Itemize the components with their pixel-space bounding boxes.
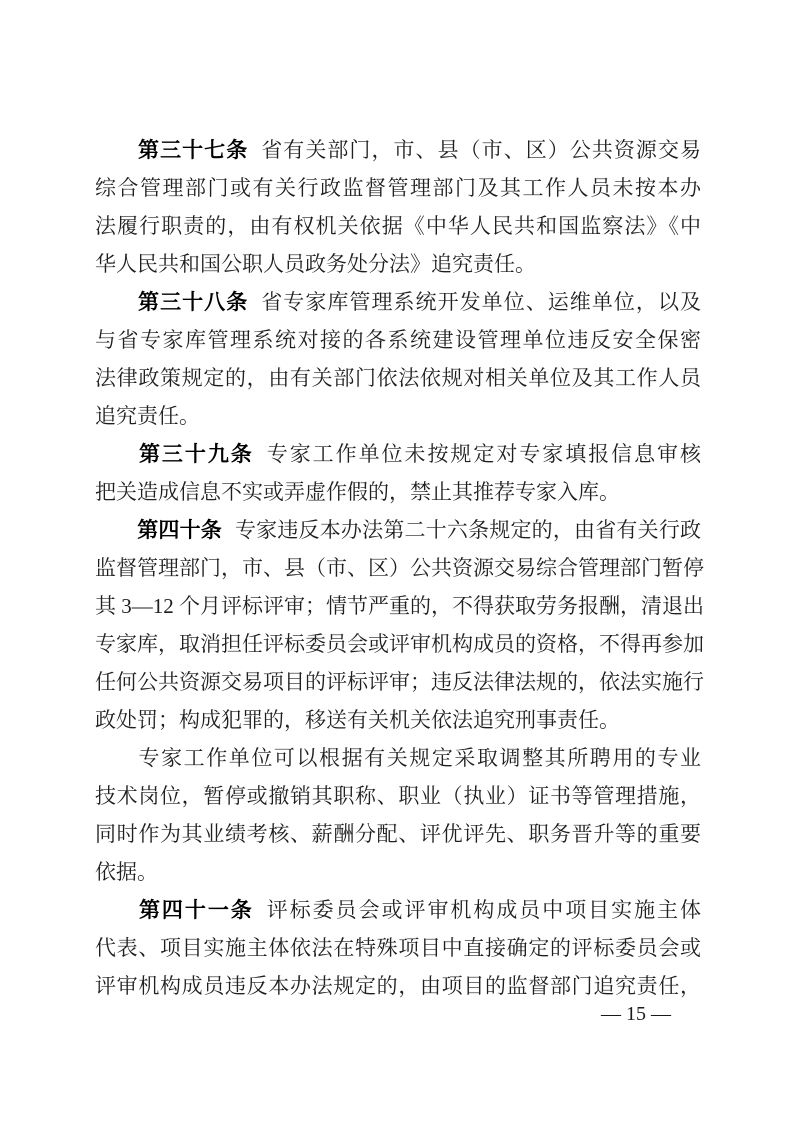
text-line: 把关造成信息不实或弄虚作假的，禁止其推荐专家入库。 — [95, 473, 701, 511]
text-line: 第三十九条专家工作单位未按规定对专家填报信息审核 — [95, 435, 701, 473]
article-38-heading: 第三十八条 — [137, 290, 248, 314]
text-line: 第四十一条评标委员会或评审机构成员中项目实施主体 — [95, 891, 701, 929]
first-line-indent — [95, 536, 137, 537]
article-38: 第三十八条省专家库管理系统开发单位、运维单位，以及 与省专家库管理系统对接的各系… — [95, 283, 701, 435]
text-line: 任何公共资源交易项目的评标评审；违反法律法规的，依法实施行 — [95, 663, 701, 701]
article-41: 第四十一条评标委员会或评审机构成员中项目实施主体 代表、项目实施主体依法在特殊项… — [95, 891, 701, 1005]
text-line: 第四十条专家违反本办法第二十六条规定的，由省有关行政 — [95, 511, 701, 549]
text-line: 专家库，取消担任评标委员会或评审机构成员的资格，不得再参加 — [95, 625, 701, 663]
text-line: 追究责任。 — [95, 397, 701, 435]
first-line-indent — [95, 916, 137, 917]
article-39-heading: 第三十九条 — [137, 442, 254, 466]
text-line: 华人民共和国公职人员政务处分法》追究责任。 — [95, 245, 701, 283]
text-line: 依据。 — [95, 853, 701, 891]
text-line: 第三十八条省专家库管理系统开发单位、运维单位，以及 — [95, 283, 701, 321]
text-line: 其 3—12 个月评标评审；情节严重的，不得获取劳务报酬，清退出 — [95, 587, 701, 625]
page-number: — 15 — — [95, 1000, 701, 1028]
text-line: 专家工作单位可以根据有关规定采取调整其所聘用的专业 — [95, 739, 701, 777]
article-41-heading: 第四十一条 — [137, 898, 254, 922]
document-body: 第三十七条省有关部门，市、县（市、区）公共资源交易 综合管理部门或有关行政监督管… — [95, 131, 701, 1005]
first-line-indent — [95, 156, 137, 157]
article-37-heading: 第三十七条 — [137, 138, 248, 162]
article-37: 第三十七条省有关部门，市、县（市、区）公共资源交易 综合管理部门或有关行政监督管… — [95, 131, 701, 283]
article-40: 第四十条专家违反本办法第二十六条规定的，由省有关行政 监督管理部门，市、县（市、… — [95, 511, 701, 739]
article-40-paragraph-2: 专家工作单位可以根据有关规定采取调整其所聘用的专业 技术岗位，暂停或撤销其职称、… — [95, 739, 701, 891]
text-line: 同时作为其业绩考核、薪酬分配、评优评先、职务晋升等的重要 — [95, 815, 701, 853]
article-38-text: 省专家库管理系统开发单位、运维单位，以及 — [261, 290, 701, 314]
text-line: 第三十七条省有关部门，市、县（市、区）公共资源交易 — [95, 131, 701, 169]
first-line-indent — [95, 460, 137, 461]
text-line: 代表、项目实施主体依法在特殊项目中直接确定的评标委员会或 — [95, 929, 701, 967]
article-40-paragraph-2-text: 专家工作单位可以根据有关规定采取调整其所聘用的专业 — [137, 746, 701, 770]
article-39: 第三十九条专家工作单位未按规定对专家填报信息审核 把关造成信息不实或弄虚作假的，… — [95, 435, 701, 511]
article-41-text: 评标委员会或评审机构成员中项目实施主体 — [267, 898, 701, 922]
text-line: 综合管理部门或有关行政监督管理部门及其工作人员未按本办 — [95, 169, 701, 207]
first-line-indent — [95, 308, 137, 309]
text-line: 法履行职责的，由有权机关依据《中华人民共和国监察法》《中 — [95, 207, 701, 245]
article-37-text: 省有关部门，市、县（市、区）公共资源交易 — [261, 138, 701, 162]
text-line: 政处罚；构成犯罪的，移送有关机关依法追究刑事责任。 — [95, 701, 701, 739]
first-line-indent — [95, 764, 137, 765]
article-39-text: 专家工作单位未按规定对专家填报信息审核 — [267, 442, 701, 466]
text-line: 法律政策规定的，由有关部门依法依规对相关单位及其工作人员 — [95, 359, 701, 397]
article-40-heading: 第四十条 — [137, 518, 222, 542]
article-40-text: 专家违反本办法第二十六条规定的，由省有关行政 — [235, 518, 701, 542]
text-line: 技术岗位，暂停或撤销其职称、职业（执业）证书等管理措施， — [95, 777, 701, 815]
text-line: 与省专家库管理系统对接的各系统建设管理单位违反安全保密 — [95, 321, 701, 359]
text-line: 监督管理部门，市、县（市、区）公共资源交易综合管理部门暂停 — [95, 549, 701, 587]
